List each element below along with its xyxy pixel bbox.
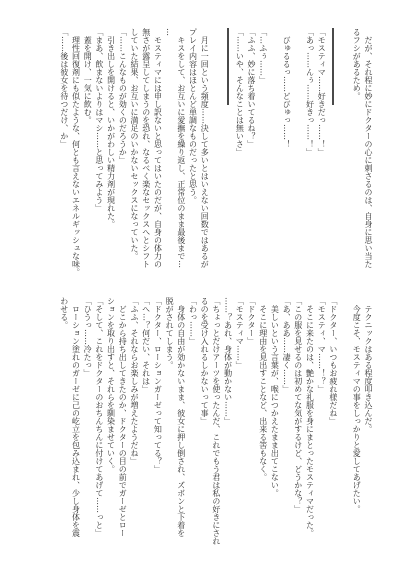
text-line: 「ひうっ……冷たっ」 [81,297,93,549]
text-line: 「わっ……」 [187,297,199,549]
blank-line [269,28,281,280]
text-line: ローション塗れのガーゼに己の屹立を包み込まれ、少し身体を震 [70,297,82,549]
text-line: 「あ、ああ……凄く……」 [280,297,292,549]
text-line: 「……こんなものが効くのだろうか」 [117,28,129,280]
text-line: 身体の自由が効かないまま、彼女に押し倒され、ズボンと下着を [175,297,187,549]
paragraph: キスをして、お互いに愛撫を繰り返し、正常位のまま最後まで… … [163,28,186,280]
text-line: 理性回復剤にも似たような、何とも言えないエネルギッシュな味。 [70,28,82,280]
paragraph: 「ちょっとだけアーツを使ったんだ、これでもう君は私の好きにされ るのを受け入れる… [198,297,221,549]
paragraph: 「ドクター、ローションガーゼって知ってる？」 [152,297,164,549]
paragraph: モスティマには申し訳ないと思ってはいたのだが、自身の体力の 無さが露呈してしまう… [128,28,163,280]
paragraph: 「モスティ、マ……！？」 [316,297,328,549]
text-line: 「モスティマ……」 [234,297,246,549]
paragraph: 蓋を開け、一気に飲む。 [82,28,94,280]
text-line: 「ドクター、ローションガーゼって知ってる？」 [152,297,164,549]
text-line: 無さが露呈してしまうのを恐れ、なるべく楽なセックスへとシフト [140,28,152,280]
text-line: プレイ内容はほとんど単調なものだったと思う。 [187,28,199,280]
text-line: 「モスティ、マ……！？」 [316,297,328,549]
text-line: モスティマには申し訳ないと思ってはいたのだが、自身の体力の [152,28,164,280]
paragraph: 「わっ……」 [187,297,199,549]
text-line: 「へ…？何だい、それは」 [140,297,152,549]
blank-line [339,28,351,280]
text-line: … [163,28,175,280]
text-line: そこに理由を見出すことなど、出来る筈もなく。 [257,297,269,549]
paragraph: 引き出しを開けると、いかがわしい精力剤が現れた。 [105,28,117,280]
text-line: 蓋を開け、一気に飲む。 [82,28,94,280]
paragraph: 理性回復剤にも似たような、何とも言えないエネルギッシュな味。 [70,28,82,280]
text-line: 引き出しを開けると、いかがわしい精力剤が現れた。 [105,28,117,280]
paragraph: テクニックはある程度叩き込んだ。 [362,297,374,549]
scene-rule [222,28,234,280]
paragraph: 「そして、これをドクターのおちんちんに付けてあげて……っと」 [93,297,105,549]
blank-line [292,28,304,280]
text-line: 「ふふ、それならお楽しみが増えたようだね」 [128,297,140,549]
text-line: どこから持ち出してきたのか、ドクターの目の前でガーゼとロー [117,297,129,549]
text-line: テクニックはある程度叩き込んだ。 [362,297,374,549]
paragraph: 「あ、ああ……凄く……」 [280,297,292,549]
paragraph: 「あっ……んぅ……好きっ……！」 [304,28,316,280]
paragraph: 「この服を見せるのは初めてな気がするけど、どうかな？」 [292,297,304,549]
paragraph: 「ふふ、それならお楽しみが増えたようだね」 [128,297,140,549]
text-line: るのを受け入れるしかないって事」 [198,297,210,549]
rule-bar [332,28,335,105]
text-block-top: だが、それ程に妙にドクターの心に刺さるのは、自身に思い当た るフシがあるため。 … [58,28,374,280]
paragraph: 「モスティマ……」 [234,297,246,549]
text-line: 「ドクター、いつもお疲れ様だね」 [327,297,339,549]
paragraph: 「へ…？何だい、それは」 [140,297,152,549]
paragraph: ……？あれ、身体が動かない……」 [222,297,234,549]
paragraph: だが、それ程に妙にドクターの心に刺さるのは、自身に思い当た るフシがあるため。 [351,28,374,280]
paragraph: 「……後は彼女を待つだけ、か」 [58,28,70,280]
text-block-bottom: テクニックはある程度叩き込んだ。 今度こそ、モスティマの事をしっかりと愛してあげ… [58,297,374,549]
text-line: キスをして、お互いに愛撫を繰り返し、正常位のまま最後まで… [175,28,187,280]
scene-rule [327,28,339,280]
paragraph: 美しいという言葉が、喉につかえたまま出てこない。 [269,297,281,549]
paragraph: どこから持ち出してきたのか、ドクターの目の前でガーゼとロー ションを取り出すと、… [105,297,128,549]
novel-page: だが、それ程に妙にドクターの心に刺さるのは、自身に思い当た るフシがあるため。 … [0,0,400,571]
paragraph: 「…ふぅ……」 [257,28,269,280]
paragraph: ローション塗れのガーゼに己の屹立を包み込まれ、少し身体を震 わせる。 [58,297,81,549]
paragraph: 「……いや、そんなことは無いさ」 [234,28,246,280]
paragraph: 「ドクター」 [245,297,257,549]
text-line: るフシがあるため。 [351,28,363,280]
paragraph: そこに理由を見出すことなど、出来る筈もなく。 [257,297,269,549]
text-line: 月に一回という頻度……決して多いとはいえない回数ではあるが [199,28,211,280]
text-line: だが、それ程に妙にドクターの心に刺さるのは、自身に思い当た [362,28,374,280]
text-line: 「……いや、そんなことは無いさ」 [234,28,246,280]
paragraph: 「ひうっ……冷たっ」 [81,297,93,549]
text-line: 「……後は彼女を待つだけ、か」 [58,28,70,280]
paragraph: 「ふふ、妙に落ち着いてるね？」 [245,28,257,280]
text-line: 美しいという言葉が、喉につかえたまま出てこない。 [269,297,281,549]
paragraph: 「……こんなものが効くのだろうか」 [117,28,129,280]
text-line: 「まあ、飲まないよりはマシ……と思ってみよう」 [93,28,105,280]
paragraph: びゅるるっ……どびゅっ……！ [280,28,292,280]
paragraph: 今度こそ、モスティマの事をしっかりと愛してあげたい。 [351,297,363,549]
text-line: ションを取り出すと、それらを馴染ませていく。 [105,297,117,549]
text-line: 「ドクター」 [245,297,257,549]
text-line: びゅるるっ……どびゅっ……！ [280,28,292,280]
text-line: わせる。 [58,297,70,549]
text-line: 「ふふ、妙に落ち着いてるね？」 [245,28,257,280]
paragraph: そこに来たのは、艶かな礼服を身にまとったモスティマだった。 [304,297,316,549]
text-line: していた結果、お互いに満足のいかないセックスになっていた。 [128,28,140,280]
text-line: 今度こそ、モスティマの事をしっかりと愛してあげたい。 [351,297,363,549]
paragraph: 「モスティマ……好きだっ……！」 [316,28,328,280]
blank-line [339,297,351,549]
text-line: 脱がされてしまう。 [163,297,175,549]
text-line: 「この服を見せるのは初めてな気がするけど、どうかな？」 [292,297,304,549]
text-line: 「…ふぅ……」 [257,28,269,280]
text-line: 「あっ……んぅ……好きっ……！」 [304,28,316,280]
text-line: ……？あれ、身体が動かない……」 [222,297,234,549]
text-line: 「ちょっとだけアーツを使ったんだ、これでもう君は私の好きにされ [210,297,222,549]
paragraph: 「ドクター、いつもお疲れ様だね」 [327,297,339,549]
paragraph: 「まあ、飲まないよりはマシ……と思ってみよう」 [93,28,105,280]
paragraph: 月に一回という頻度……決して多いとはいえない回数ではあるが プレイ内容はほとんど… [187,28,210,280]
text-line: そこに来たのは、艶かな礼服を身にまとったモスティマだった。 [304,297,316,549]
paragraph: 身体の自由が効かないまま、彼女に押し倒され、ズボンと下着を 脱がされてしまう。 [163,297,186,549]
blank-line [210,28,222,280]
text-line: 「そして、これをドクターのおちんちんに付けてあげて……っと」 [93,297,105,549]
text-line: 「モスティマ……好きだっ……！」 [316,28,328,280]
rule-bar [227,28,230,105]
